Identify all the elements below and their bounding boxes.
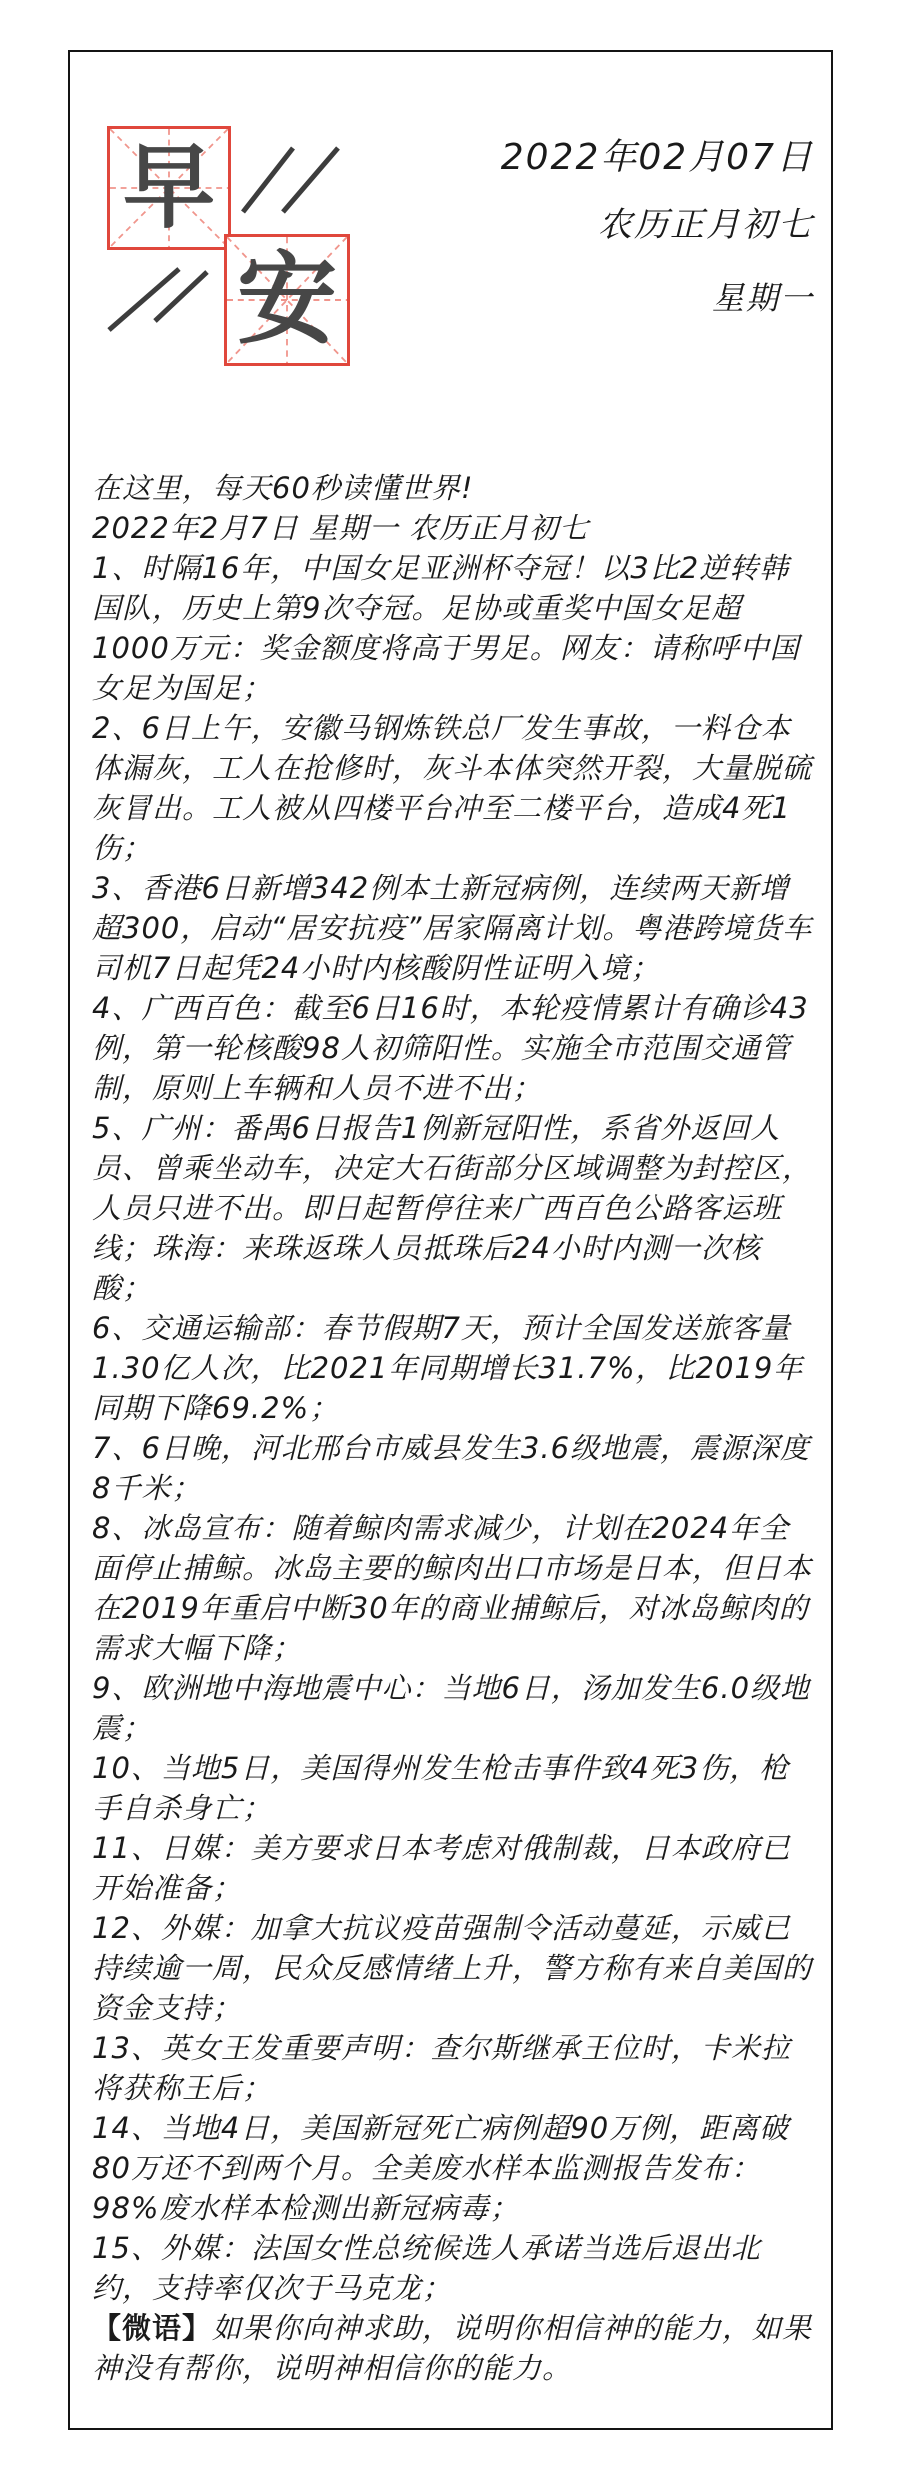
greeting-char-zao: 早: [123, 142, 215, 234]
lunar-date: 农历正月初七: [501, 208, 814, 242]
news-item: 11、日媒：美方要求日本考虑对俄制裁，日本政府已开始准备；: [92, 1828, 814, 1908]
news-item: 6、交通运输部：春节假期7天，预计全国发送旅客量1.30亿人次，比2021年同期…: [92, 1308, 814, 1428]
news-item: 10、当地5日，美国得州发生枪击事件致4死3伤，枪手自杀身亡；: [92, 1748, 814, 1828]
news-item: 1、时隔16年，中国女足亚洲杯夺冠！以3比2逆转韩国队，历史上第9次夺冠。足协或…: [92, 548, 814, 708]
greeting-box-an: 安: [224, 234, 350, 366]
news-item: 13、英女王发重要声明：查尔斯继承王位时，卡米拉将获称王后；: [92, 2028, 814, 2108]
news-item: 5、广州：番禺6日报告1例新冠阳性，系省外返回人员、曾乘坐动车，决定大石街部分区…: [92, 1108, 814, 1308]
news-item: 12、外媒：加拿大抗议疫苗强制令活动蔓延，示威已持续逾一周，民众反感情绪上升，警…: [92, 1908, 814, 2028]
gregorian-date: 2022年02月07日: [501, 140, 814, 176]
weiyu-label: 【微语】: [92, 2311, 212, 2345]
date-heading: 2022年2月7日 星期一 农历正月初七: [92, 508, 814, 548]
greeting-box-zao: 早: [107, 126, 231, 250]
double-slash-icon: [237, 142, 347, 217]
news-content: 在这里，每天60秒读懂世界! 2022年2月7日 星期一 农历正月初七 1、时隔…: [92, 468, 814, 2388]
intro-line: 在这里，每天60秒读懂世界!: [92, 468, 814, 508]
news-item: 9、欧洲地中海地震中心：当地6日，汤加发生6.0级地震；: [92, 1668, 814, 1748]
news-item: 8、冰岛宣布：随着鲸肉需求减少，计划在2024年全面停止捕鲸。冰岛主要的鲸肉出口…: [92, 1508, 814, 1668]
news-item: 3、香港6日新增342例本土新冠病例，连续两天新增超300，启动“居安抗疫”居家…: [92, 868, 814, 988]
date-block: 2022年02月07日 农历正月初七 星期一: [501, 140, 814, 314]
news-item: 15、外媒：法国女性总统候选人承诺当选后退出北约，支持率仅次于马克龙；: [92, 2228, 814, 2308]
weekday: 星期一: [501, 282, 814, 314]
news-item: 14、当地4日，美国新冠死亡病例超90万例，距离破80万还不到两个月。全美废水样…: [92, 2108, 814, 2228]
weiyu-line: 【微语】如果你向神求助，说明你相信神的能力，如果神没有帮你，说明神相信你的能力。: [92, 2308, 814, 2388]
greeting-char-an: 安: [237, 250, 337, 350]
double-slash-icon: [103, 263, 213, 335]
news-item: 4、广西百色：截至6日16时，本轮疫情累计有确诊43例，第一轮核酸98人初筛阳性…: [92, 988, 814, 1108]
news-item: 2、6日上午，安徽马钢炼铁总厂发生事故，一料仓本体漏灰，工人在抢修时，灰斗本体突…: [92, 708, 814, 868]
morning-news-page: 早 安 2022年02月07日 农历正月初七 星期一 在这里，每天60秒读懂世界…: [0, 0, 900, 2480]
news-item: 7、6日晚，河北邢台市威县发生3.6级地震，震源深度8千米；: [92, 1428, 814, 1508]
